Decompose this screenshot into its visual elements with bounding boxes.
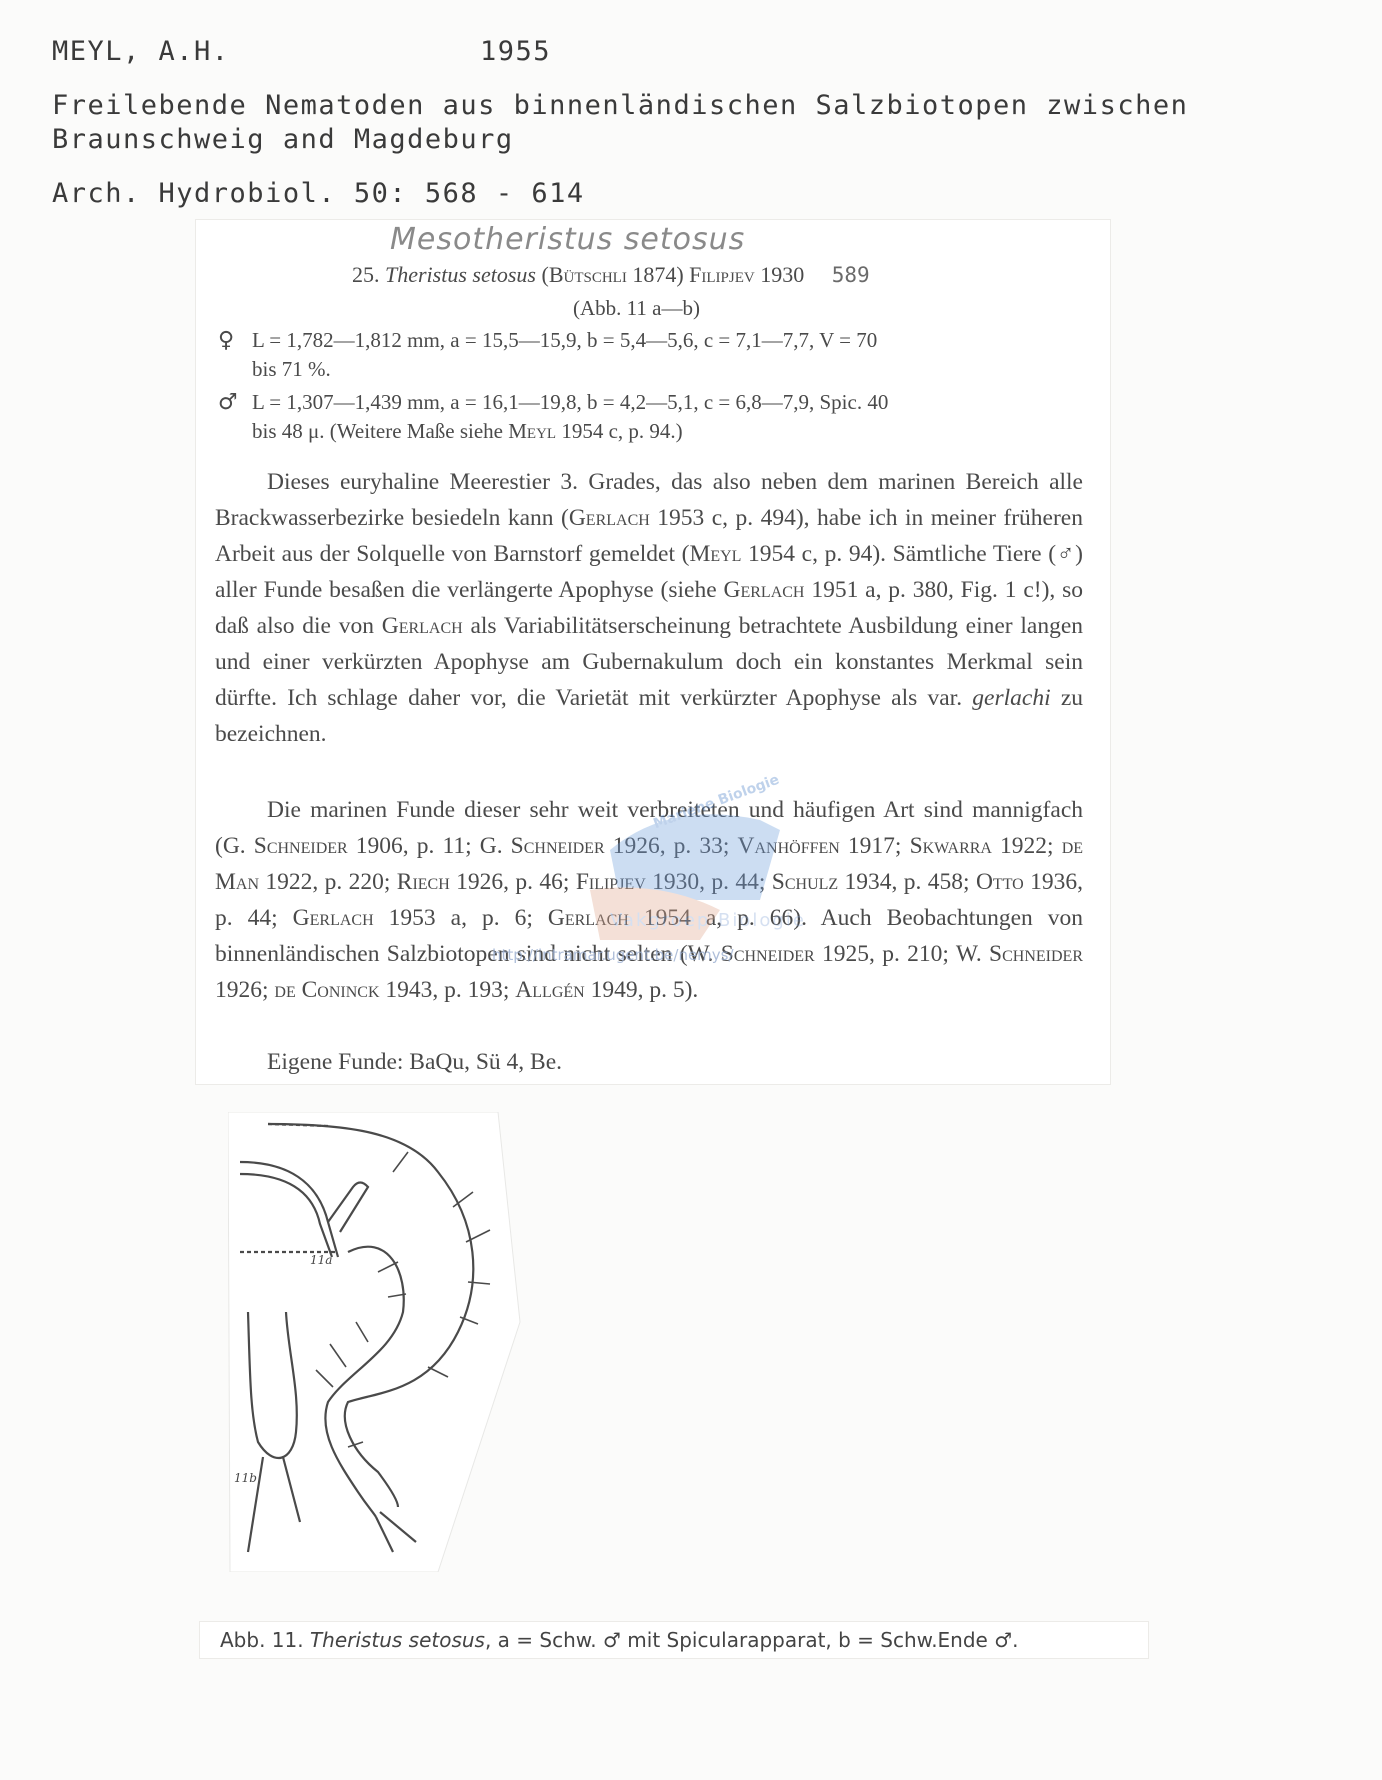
male-measurements: ♂L = 1,307—1,439 mm, a = 16,1—19,8, b = … [218,388,1086,445]
caption-prefix: Abb. 11. [220,1628,310,1652]
male-line-2b: 1954 c, p. 94.) [556,419,683,443]
cited-author: Allgén [515,977,584,1003]
male-line-2a: bis 48 μ. (Weitere Maße siehe [252,419,508,443]
figure-label-a: 11a [310,1253,332,1267]
paren: ( [541,262,548,287]
cited-author: Gerlach [382,613,463,639]
cited-author: Gerlach [724,577,805,603]
cited-author: Skwarra [910,833,992,859]
figure-caption: Abb. 11. Theristus setosus, a = Schw. ♂ … [200,1622,1148,1658]
text-run: 1917; [840,833,910,859]
paragraph-ecology: Dieses euryhaline Meerestier 3. Grades, … [215,464,1083,752]
text-run: 1953 a, p. 6; [374,905,548,931]
text-run: 1926; [215,977,274,1003]
author: MEYL, A.H. [52,36,230,67]
own-finds: Eigene Funde: BaQu, Sü 4, Be. [215,1044,1083,1080]
caption-species: Theristus setosus [310,1628,485,1652]
title-line-1: Freilebende Nematoden aus binnenländisch… [52,90,1188,121]
species-heading: 25. Theristus setosus (Bütschli 1874) Fi… [352,262,870,288]
variety-name: gerlachi [972,685,1050,711]
paragraph-records: Die marinen Funde dieser sehr weit verbr… [215,792,1083,1008]
female-symbol-icon: ♀ [218,327,252,355]
male-line-1: L = 1,307—1,439 mm, a = 16,1—19,8, b = 4… [252,390,888,414]
caption-rest: , a = Schw. ♂ mit Spicularapparat, b = S… [485,1628,1019,1652]
handwritten-species-name: Mesotheristus setosus [390,222,745,257]
cited-author: Otto [976,869,1024,895]
species-number: 25. [352,262,380,287]
cited-author: Schneider [511,833,605,859]
text-run: 1926, p. 33; [605,833,738,859]
year: 1955 [480,36,551,67]
watermark-url: http://intramar.ugent.be/nemys/ [492,946,734,964]
female-measurements: ♀L = 1,782—1,812 mm, a = 15,5—15,9, b = … [218,326,1086,383]
species-name: Theristus setosus [385,262,536,287]
cited-author: Vanhöffen [738,833,840,859]
authority-1-year: 1874) [632,262,683,287]
text-run: 1922; [992,833,1062,859]
cited-author: Meyl [689,541,741,567]
cited-author: Schneider [254,833,348,859]
figure-label-b: 11b [234,1471,257,1485]
text-run: 1925, p. 210; W. [815,941,989,967]
female-line-1: L = 1,782—1,812 mm, a = 15,5—15,9, b = 5… [252,328,877,352]
journal-citation: Arch. Hydrobiol. 50: 568 - 614 [52,178,585,209]
cited-author: Gerlach [548,905,629,931]
page-number: 589 [832,263,870,287]
cited-author: Schulz [772,869,838,895]
text-run: 1943, p. 193; [380,977,516,1003]
text-run: 1922, p. 220; [259,869,397,895]
cited-author: Gerlach [569,505,650,531]
text-run: 1926, p. 46; [450,869,576,895]
figure-reference: (Abb. 11 a—b) [573,296,700,321]
cited-author: Gerlach [293,905,374,931]
male-symbol-icon: ♂ [218,389,252,417]
figure-drawing: 11a 11b [228,1112,538,1577]
cited-author: Schneider [721,941,815,967]
text-run: 1949, p. 5). [585,977,699,1003]
text-run: 1934, p. 458; [838,869,976,895]
cited-author: Filipjev [576,869,646,895]
text-run: 1930, p. 44; [646,869,772,895]
female-line-2: bis 71 %. [218,355,1086,383]
authority-2-year: 1930 [760,262,804,287]
cited-author: de Coninck [274,977,379,1003]
authority-2: Filipjev [689,262,755,287]
male-line-2-author: Meyl [508,419,556,443]
title-line-2: Braunschweig and Magdeburg [52,124,514,155]
text-run: 1906, p. 11; G. [348,833,511,859]
authority-1: Bütschli [549,262,627,287]
cited-author: Riech [397,869,450,895]
cited-author: Schneider [989,941,1083,967]
